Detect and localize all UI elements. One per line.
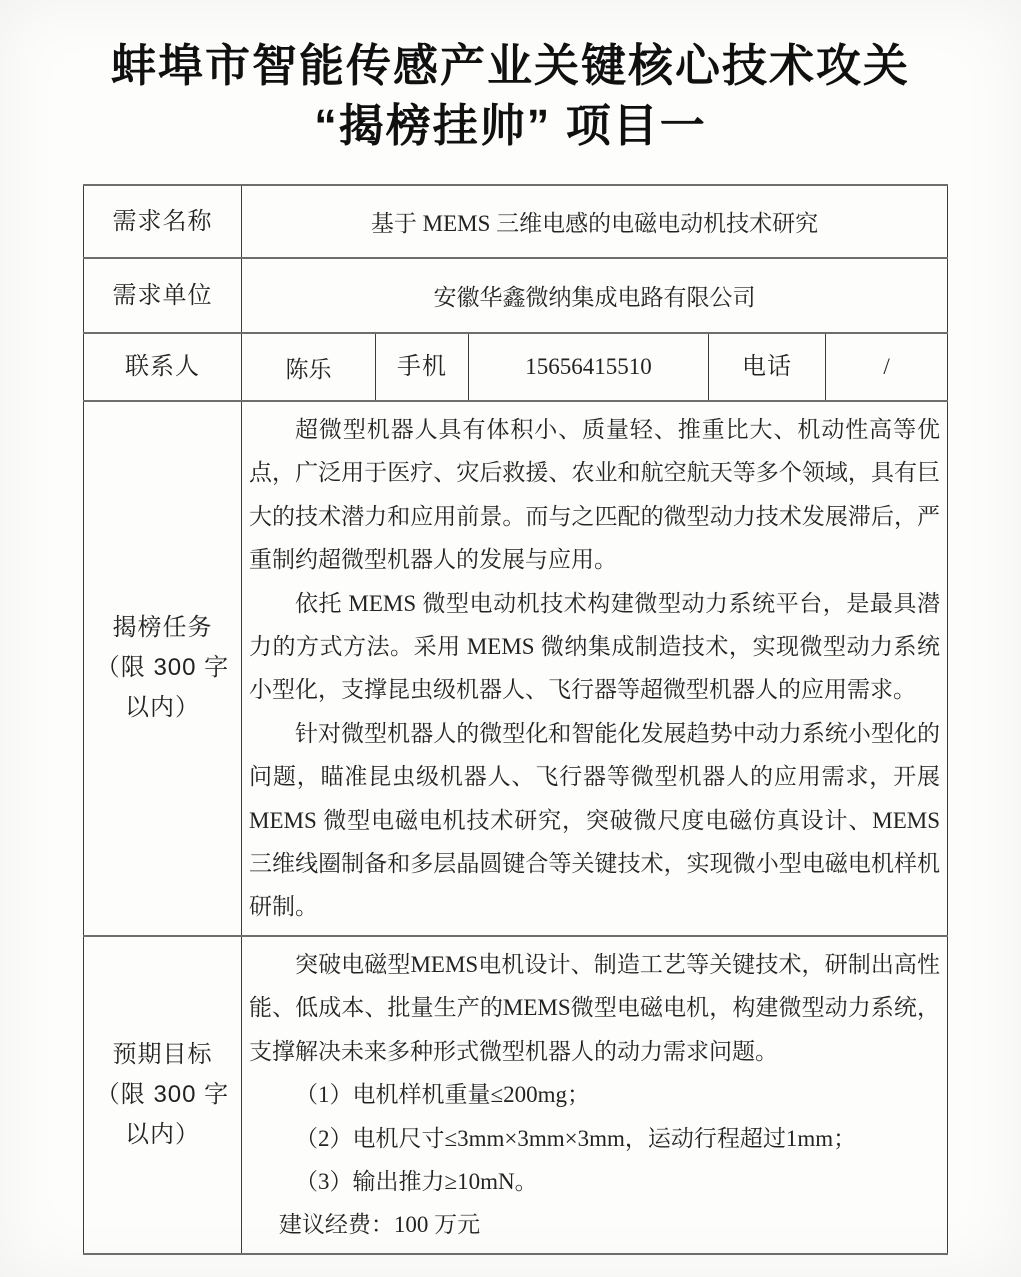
- row-demand-unit: 需求单位 安徽华鑫微纳集成电路有限公司: [84, 258, 948, 333]
- mobile-label: 手机: [376, 333, 469, 401]
- goal-content: 突破电磁型MEMS电机设计、制造工艺等关键技术，研制出高性能、低成本、批量生产的…: [242, 936, 948, 1254]
- goal-item-1: （1）电机样机重量≤200mg；: [249, 1073, 940, 1116]
- goal-item-3: （3）输出推力≥10mN。: [249, 1160, 940, 1203]
- demand-unit-label: 需求单位: [84, 258, 242, 333]
- task-paragraph-1: 超微型机器人具有体积小、质量轻、推重比大、机动性高等优点，广泛用于医疗、灾后救援…: [249, 408, 940, 582]
- contact-label: 联系人: [84, 333, 242, 401]
- goal-budget: 建议经费：100 万元: [249, 1203, 940, 1246]
- document-title-line-1: 蚌埠市智能传感产业关键核心技术攻关: [0, 36, 1021, 96]
- task-label: 揭榜任务 （限 300 字 以内）: [84, 401, 242, 936]
- row-task: 揭榜任务 （限 300 字 以内） 超微型机器人具有体积小、质量轻、推重比大、机…: [84, 401, 948, 936]
- phone-label: 电话: [709, 333, 826, 401]
- requirement-form-table: 需求名称 基于 MEMS 三维电感的电磁电动机技术研究 需求单位 安徽华鑫微纳集…: [83, 184, 948, 1255]
- document-page: 蚌埠市智能传感产业关键核心技术攻关 “揭榜挂帅” 项目一 需求名称 基于 MEM…: [0, 0, 1021, 1277]
- task-content: 超微型机器人具有体积小、质量轻、推重比大、机动性高等优点，广泛用于医疗、灾后救援…: [242, 401, 948, 936]
- demand-unit-value: 安徽华鑫微纳集成电路有限公司: [242, 258, 948, 333]
- goal-paragraph: 突破电磁型MEMS电机设计、制造工艺等关键技术，研制出高性能、低成本、批量生产的…: [249, 943, 940, 1073]
- task-paragraph-2: 依托 MEMS 微型电动机技术构建微型动力系统平台，是最具潜力的方式方法。采用 …: [249, 582, 940, 712]
- row-contact: 联系人 陈乐 手机 15656415510 电话 /: [84, 333, 948, 401]
- phone-value: /: [826, 333, 948, 401]
- document-title-line-2: “揭榜挂帅” 项目一: [0, 96, 1021, 156]
- task-paragraph-3: 针对微型机器人的微型化和智能化发展趋势中动力系统小型化的问题，瞄准昆虫级机器人、…: [249, 712, 940, 929]
- mobile-number: 15656415510: [469, 333, 709, 401]
- document-title: 蚌埠市智能传感产业关键核心技术攻关 “揭榜挂帅” 项目一: [0, 36, 1021, 156]
- goal-label: 预期目标 （限 300 字 以内）: [84, 936, 242, 1254]
- goal-item-2: （2）电机尺寸≤3mm×3mm×3mm，运动行程超过1mm；: [249, 1117, 940, 1160]
- contact-name: 陈乐: [242, 333, 376, 401]
- row-demand-name: 需求名称 基于 MEMS 三维电感的电磁电动机技术研究: [84, 185, 948, 258]
- row-goal: 预期目标 （限 300 字 以内） 突破电磁型MEMS电机设计、制造工艺等关键技…: [84, 936, 948, 1254]
- demand-name-value: 基于 MEMS 三维电感的电磁电动机技术研究: [242, 185, 948, 258]
- demand-name-label: 需求名称: [84, 185, 242, 258]
